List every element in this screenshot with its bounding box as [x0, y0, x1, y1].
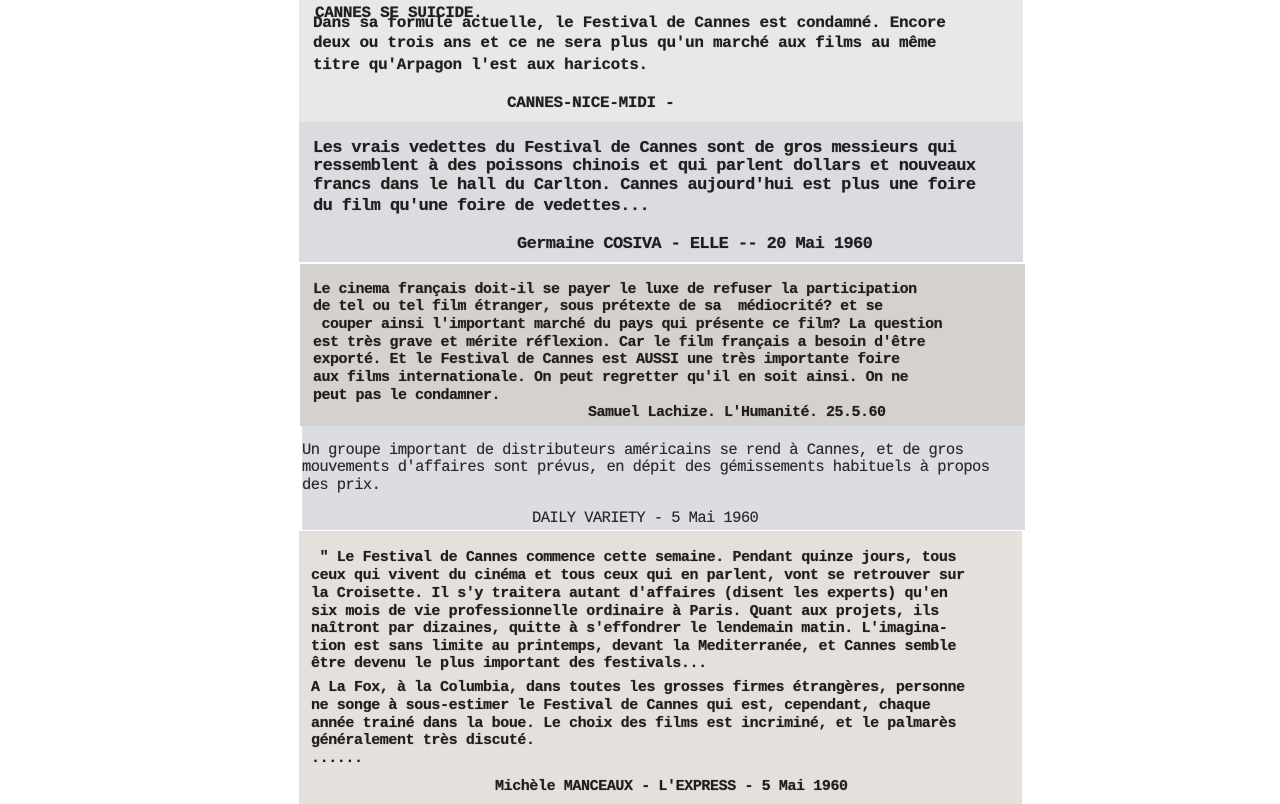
clipping-source: Michèle MANCEAUX - L'EXPRESS - 5 Mai 196…	[495, 778, 848, 795]
text-line: ne songe à sous-estimer le Festival de C…	[311, 697, 930, 714]
clipping-source: Germaine COSIVA - ELLE -- 20 Mai 1960	[517, 236, 872, 253]
text-line: A La Fox, à la Columbia, dans toutes les…	[311, 679, 965, 696]
text-line: " Le Festival de Cannes commence cette s…	[311, 549, 956, 566]
text-line: Dans sa formule actuelle, le Festival de…	[313, 15, 946, 32]
clipping-source: Samuel Lachize. L'Humanité. 25.5.60	[588, 404, 886, 421]
text-line: ceux qui vivent du cinéma et tous ceux q…	[311, 567, 965, 584]
text-line: Un groupe important de distributeurs amé…	[302, 442, 963, 459]
text-line: deux ou trois ans et ce ne sera plus qu'…	[313, 35, 936, 52]
text-line: Le cinema français doit-il se payer le l…	[313, 281, 917, 298]
text-line: tion est sans limite au printemps, devan…	[311, 638, 956, 655]
ellipsis: ......	[311, 750, 363, 767]
text-line: du film qu'une foire de vedettes...	[313, 198, 649, 215]
text-line: naîtront par dizaines, quitte à s'effond…	[311, 620, 948, 637]
clipping-daily-variety: Un groupe important de distributeurs amé…	[302, 426, 1025, 530]
text-line: généralement très discuté.	[311, 732, 535, 749]
clipping-source: CANNES-NICE-MIDI -	[507, 95, 674, 112]
text-line: exporté. Et le Festival de Cannes est AU…	[313, 351, 900, 368]
text-line: aux films internationale. On peut regret…	[313, 369, 908, 386]
text-line: titre qu'Arpagon l'est aux haricots.	[313, 57, 648, 74]
text-line: est très grave et mérite réflexion. Car …	[313, 334, 925, 351]
text-line: peut pas le condamner.	[313, 387, 500, 404]
text-line: mouvements d'affaires sont prévus, en dé…	[302, 459, 989, 476]
text-line: de tel ou tel film étranger, sous prétex…	[313, 298, 883, 315]
text-line: Les vrais vedettes du Festival de Cannes…	[313, 140, 956, 157]
text-line: la Croisette. Il s'y traitera autant d'a…	[311, 585, 948, 602]
text-line: six mois de vie professionnelle ordinair…	[311, 603, 939, 620]
clipping-humanite: Le cinema français doit-il se payer le l…	[300, 264, 1025, 426]
clipping-source: DAILY VARIETY - 5 Mai 1960	[532, 510, 758, 527]
clipping-elle: Les vrais vedettes du Festival de Cannes…	[299, 122, 1023, 262]
clipping-lexpress: " Le Festival de Cannes commence cette s…	[299, 531, 1022, 804]
text-line: être devenu le plus important des festiv…	[311, 655, 707, 672]
text-line: francs dans le hall du Carlton. Cannes a…	[313, 177, 976, 194]
text-line: couper ainsi l'important marché du pays …	[313, 316, 942, 333]
text-line: des prix.	[302, 477, 380, 494]
text-line: ressemblent à des poissons chinois et qu…	[313, 158, 976, 175]
text-line: année trainé dans la boue. Le choix des …	[311, 715, 956, 732]
clipping-cannes-nice-midi: CANNES SE SUICIDE. Dans sa formule actue…	[299, 0, 1023, 122]
